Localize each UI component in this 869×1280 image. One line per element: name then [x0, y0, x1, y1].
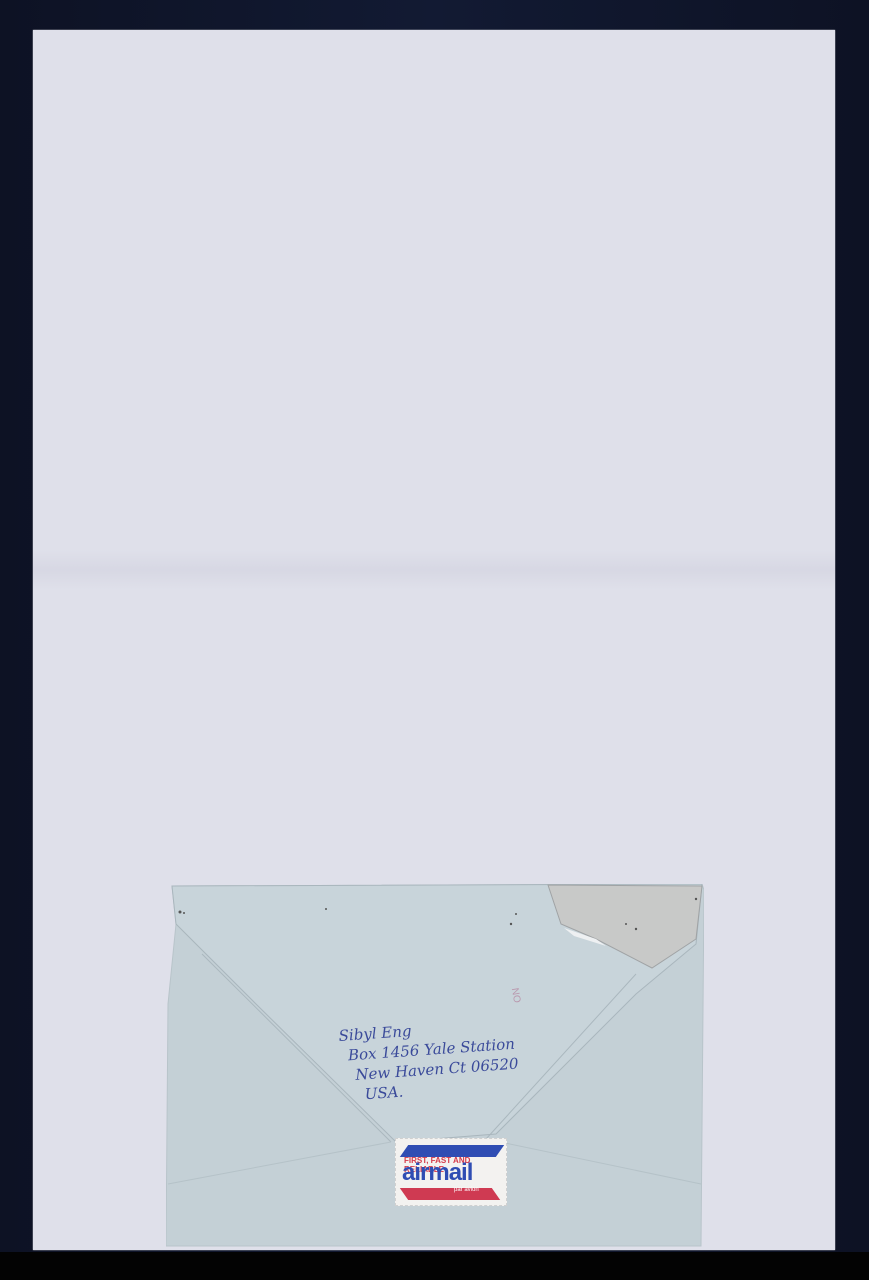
airmail-word: airmail: [402, 1161, 472, 1185]
return-address: Sibyl Eng Box 1456 Yale Station New Have…: [338, 1014, 521, 1106]
paper-fold: [33, 550, 835, 590]
airmail-label: FIRST, FAST AND RELIABLE airmail par avi…: [395, 1138, 507, 1206]
par-avion-text: par avion: [454, 1187, 479, 1193]
red-stripe: [400, 1188, 500, 1200]
faint-postmark: NO: [509, 987, 522, 1004]
scan-bottom-edge: [0, 1252, 869, 1280]
